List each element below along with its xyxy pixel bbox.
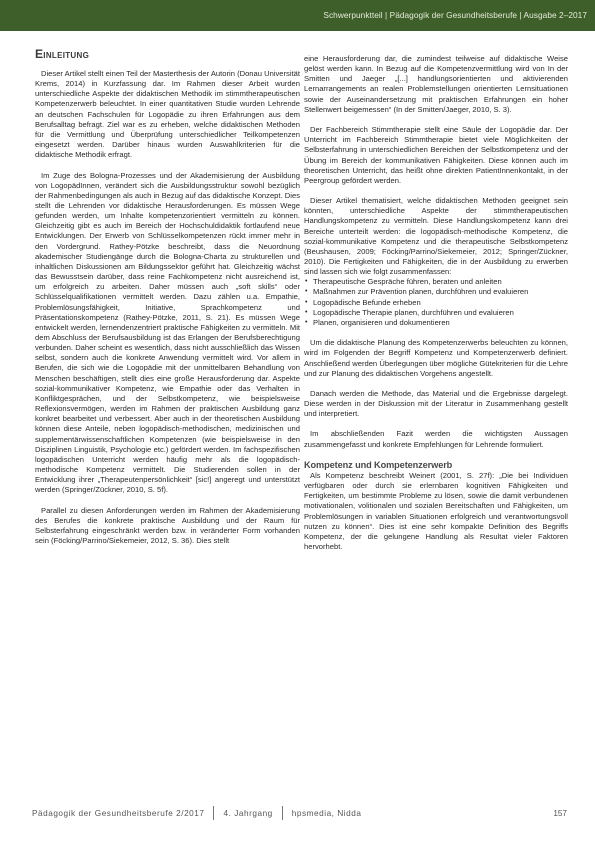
page-number: 157 [553,809,567,818]
running-header: Schwerpunktteil | Pädagogik der Gesundhe… [323,10,587,20]
bullet-icon: • [305,277,307,287]
bullet-icon: • [305,287,307,297]
paragraph: Dieser Artikel thematisiert, welche dida… [304,196,568,277]
list-item: •Therapeutische Gespräche führen, berate… [304,277,568,287]
paragraph: eine Herausforderung dar, die zumindest … [304,54,568,115]
paragraph: Um die didaktische Planung des Kompetenz… [304,338,568,379]
list-item: •Maßnahmen zur Prävention planen, durchf… [304,287,568,297]
paragraph: Im abschließenden Fazit werden die wicht… [304,429,568,449]
paragraph: Im Zuge des Bologna-Prozesses und der Ak… [35,171,300,496]
footer-publisher: hpsmedia, Nidda [292,809,362,818]
subheading: Kompetenz und Kompetenzerwerb [304,460,568,471]
paragraph: Dieser Artikel stellt einen Teil der Mas… [35,69,300,160]
competence-list: •Therapeutische Gespräche führen, berate… [304,277,568,328]
footer-journal: Pädagogik der Gesundheitsberufe 2/2017 [32,809,204,818]
paragraph: Parallel zu diesen Anforderungen werden … [35,506,300,547]
list-item-text: Maßnahmen zur Prävention planen, durchfü… [313,287,528,296]
footer-volume: 4. Jahrgang [223,809,272,818]
right-column: eine Herausforderung dar, die zumindest … [304,54,568,552]
list-item: •Logopädische Therapie planen, durchführ… [304,308,568,318]
header-bar: Schwerpunktteil | Pädagogik der Gesundhe… [0,0,595,31]
paragraph: Der Fachbereich Stimmtherapie stellt ein… [304,125,568,186]
list-item-text: Logopädische Befunde erheben [313,298,421,307]
paragraph: Als Kompetenz beschreibt Weinert (2001, … [304,471,568,552]
bullet-icon: • [305,318,307,328]
list-item: •Planen, organisieren und dokumentieren [304,318,568,328]
list-item-text: Planen, organisieren und dokumentieren [313,318,450,327]
bullet-icon: • [305,298,307,308]
section-title: Einleitung [35,47,300,61]
paragraph: Danach werden die Methode, das Material … [304,389,568,419]
list-item-text: Therapeutische Gespräche führen, beraten… [313,277,502,286]
left-column: Einleitung Dieser Artikel stellt einen T… [35,47,300,546]
footer-divider [213,806,214,820]
list-item: •Logopädische Befunde erheben [304,298,568,308]
footer-divider [282,806,283,820]
list-item-text: Logopädische Therapie planen, durchführe… [313,308,514,317]
bullet-icon: • [305,308,307,318]
page-footer: Pädagogik der Gesundheitsberufe 2/2017 4… [32,806,567,820]
